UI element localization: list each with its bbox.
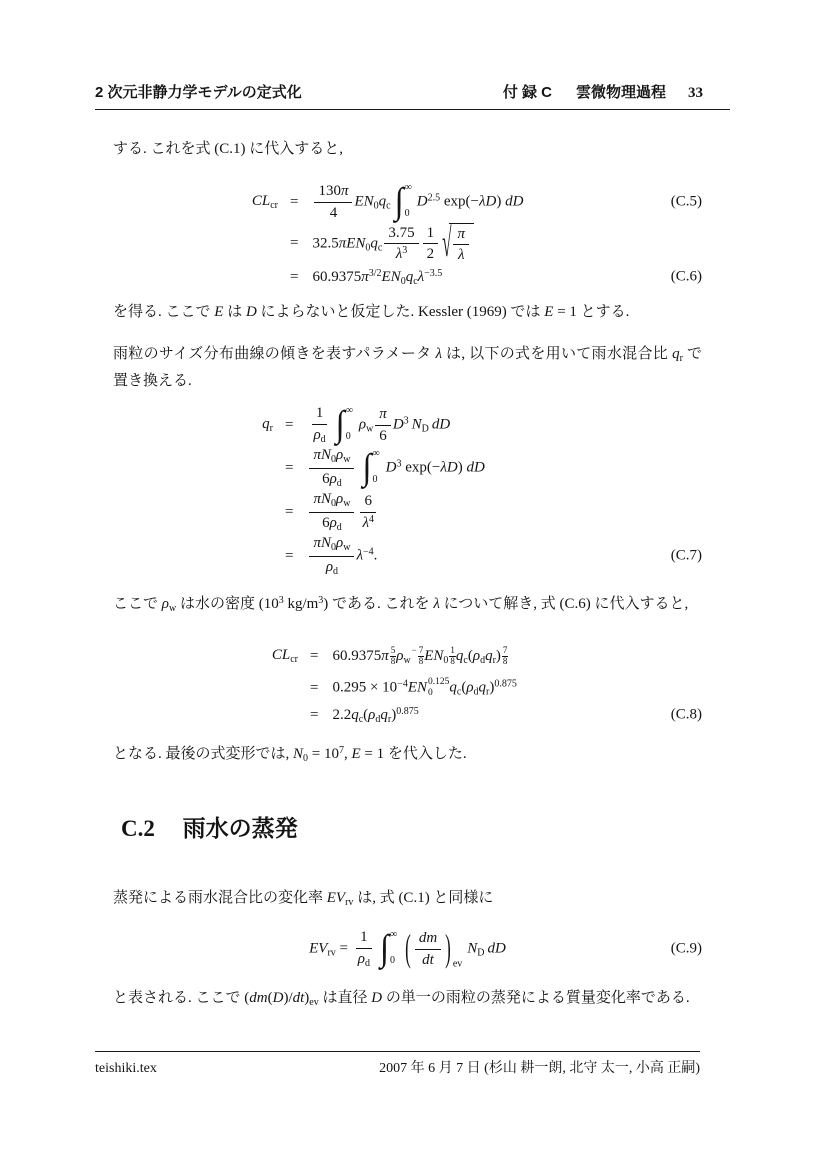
section-title: 雨水の蒸発 [183,815,298,841]
section-number: C.2 [121,816,155,841]
page-number: 33 [688,84,703,102]
page-header: 2 次元非静力学モデルの定式化 付 録 C 雲微物理過程 33 [95,84,730,110]
equation-line: =2.2qc(ρdqr)0.875(C.8) [113,702,702,728]
paragraph-mass-change-note: と表される. ここで (dm(D)/dt)ev は直径 D の単一の雨粒の蒸発に… [113,987,702,1014]
equation-line: =32.5πEN0qc3.75λ312√πλ [113,223,702,266]
equation-line: =πN0ρwρdλ−4.(C.7) [113,534,702,578]
paragraph-lambda-intro: 雨粒のサイズ分布曲線の傾きを表すパラメータ λ は, 以下の式を用いて雨水混合比… [113,343,702,392]
header-appendix-label: 付 録 C [503,84,552,102]
equation-number: (C.8) [671,707,702,724]
equation-line: qr=1ρd∫∞0ρwπ6D3NDdD [113,404,702,446]
equation-number: (C.9) [671,941,702,958]
header-chapter-title: 2 次元非静力学モデルの定式化 [95,84,302,102]
equation-c5-c6: CLcr=130π4EN0qc∫∞0D2.5 exp(−λD) dD(C.5)=… [113,182,702,289]
section-heading: C.2 雨水の蒸発 [121,812,702,845]
document-page: 2 次元非静力学モデルの定式化 付 録 C 雲微物理過程 33 する. これを式… [0,0,826,1169]
document-body: する. これを式 (C.1) に代入すると, CLcr=130π4EN0qc∫∞… [113,138,702,1014]
page-footer: teishiki.tex 2007 年 6 月 7 日 (杉山 耕一朗, 北守 … [95,1051,700,1078]
paragraph-substitution-note: となる. 最後の式変形では, N0 = 107, E = 1 を代入した. [113,740,702,770]
equation-line: CLcr=60.9375π58ρw−78EN018qc(ρdqr)78 [113,638,702,674]
paragraph-water-density: ここで ρw は水の密度 (103 kg/m3) である. これを λ について… [113,590,702,620]
equation-line: =0.295 × 10−4EN0.1250qc(ρdqr)0.875 [113,674,702,702]
equation-number: (C.7) [671,548,702,565]
footer-filename: teishiki.tex [95,1060,157,1078]
equation-c9: EVrv = 1ρd∫∞0(dmdt)evNDdD(C.9) [113,922,702,976]
equation-line: =πN0ρw6ρd6λ4 [113,490,702,534]
paragraph-intro-c5: する. これを式 (C.1) に代入すると, [113,138,702,160]
equation-line: EVrv = 1ρd∫∞0(dmdt)evNDdD(C.9) [113,922,702,976]
paragraph-kessler-note: を得る. ここで E は D によらないと仮定した. Kessler (1969… [113,301,702,323]
equation-line: =πN0ρw6ρd∫∞0D3 exp(−λD) dD [113,446,702,490]
equation-line: CLcr=130π4EN0qc∫∞0D2.5 exp(−λD) dD(C.5) [113,182,702,223]
header-section-title: 雲微物理過程 [576,84,666,102]
paragraph-evaporation-intro: 蒸発による雨水混合比の変化率 EVrv は, 式 (C.1) と同様に [113,887,702,914]
equation-c7: qr=1ρd∫∞0ρwπ6D3NDdD=πN0ρw6ρd∫∞0D3 exp(−λ… [113,404,702,578]
footer-date-authors: 2007 年 6 月 7 日 (杉山 耕一朗, 北守 太一, 小高 正嗣) [379,1060,700,1078]
equation-number: (C.6) [671,269,702,286]
equation-number: (C.5) [671,194,702,211]
equation-c8: CLcr=60.9375π58ρw−78EN018qc(ρdqr)78=0.29… [113,638,702,728]
equation-line: =60.9375π3/2EN0qcλ−3.5(C.6) [113,265,702,289]
header-right-group: 付 録 C 雲微物理過程 33 [503,84,730,102]
